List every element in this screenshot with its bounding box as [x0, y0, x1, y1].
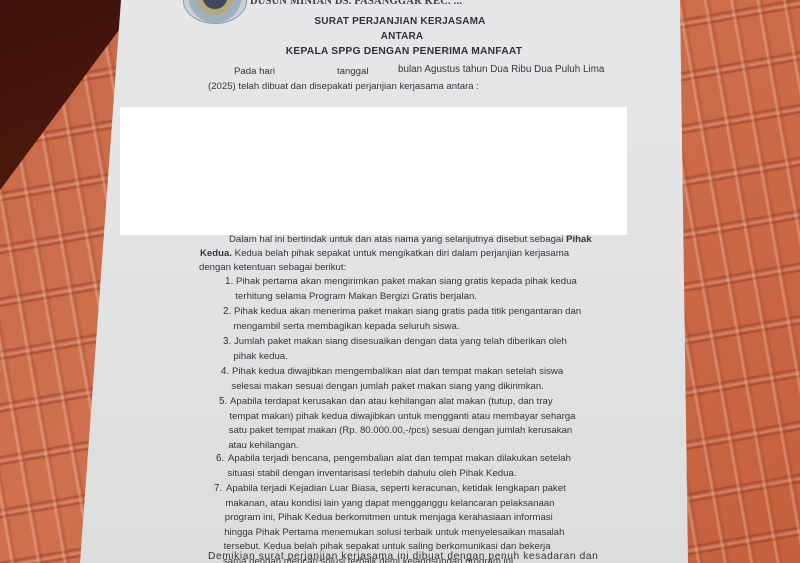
clause-line: Apabila terdapat kerusakan dan atau kehi… [230, 396, 553, 407]
clause-line: Jumlah paket makan siang disesuaikan den… [234, 336, 567, 347]
clause-line: hingga Pihak Pertama menemukan solusi te… [224, 527, 564, 538]
document-subtitle-parties: KEPALA SPPG DENGAN PENERIMA MANFAAT [4, 46, 800, 57]
clause-line: Apabila terjadi bencana, pengembalian al… [228, 453, 571, 464]
clause-number: 1. [225, 276, 233, 287]
opening-day: Pada hari [234, 66, 275, 77]
clause-number: 7. [214, 483, 222, 494]
clause-line: Pihak kedua akan menerima paket makan si… [234, 306, 581, 317]
closing-line: Demikian surat perjanjian kerjasama ini … [208, 551, 598, 562]
clause-line: Apabila terjadi Kejadian Luar Biasa, sep… [226, 483, 566, 494]
clause-line: situasi stabil dengan inventarisasi terl… [227, 468, 516, 479]
clause-line: tempat makan) pihak kedua diwajibkan unt… [229, 411, 575, 422]
clause-line: satu paket tempat makan (Rp. 80.000.00,-… [229, 425, 572, 436]
letterhead-text: DUSUN MINIAN DS. PASANGGAR KEC. ... [250, 0, 462, 7]
clause-number: 5. [219, 396, 227, 407]
clause-line: makanan, atau kondisi lain yang dapat me… [225, 498, 554, 509]
clause-line: selesai makan sesuai dengan jumlah paket… [231, 381, 544, 392]
clause-number: 4. [221, 366, 229, 377]
intro-line1-text: Dalam hal ini bertindak untuk dan atas n… [229, 234, 563, 245]
intro-kedua-bold: Kedua. [200, 248, 232, 259]
clause-line: Pihak kedua diwajibkan mengembalikan ala… [232, 366, 563, 377]
clause-number: 2. [223, 306, 231, 317]
document-title: SURAT PERJANJIAN KERJASAMA [0, 16, 800, 27]
clause-line: program ini, Pihak Kedua berkomitmen unt… [225, 512, 553, 523]
clause-number: 3. [223, 336, 231, 347]
redacted-parties-block [120, 107, 627, 235]
opening-month-year: bulan Agustus tahun Dua Ribu Dua Puluh L… [398, 64, 604, 75]
document-subtitle-antara: ANTARA [2, 31, 800, 42]
clause-line: pihak kedua. [233, 351, 287, 362]
opening-line2: (2025) telah dibuat dan disepakati perja… [208, 81, 479, 92]
intro-line1: Dalam hal ini bertindak untuk dan atas n… [229, 234, 592, 245]
clause-line: terhitung selama Program Makan Bergizi G… [235, 291, 477, 302]
clause-number: 6. [216, 453, 224, 464]
opening-date: tanggal [337, 66, 368, 77]
intro-pihak-bold: Pihak [566, 234, 592, 245]
intro-line3: dengan ketentuan sebagai berikut: [199, 262, 346, 273]
intro-line2-text: Kedua belah pihak sepakat untuk mengikat… [235, 248, 569, 259]
clause-line: atau kehilangan. [228, 440, 298, 451]
clause-line: mengambil serta membagikan kepada seluru… [233, 321, 459, 332]
clause-line: Pihak pertama akan mengirimkan paket mak… [236, 276, 577, 287]
intro-line2: Kedua. Kedua belah pihak sepakat untuk m… [200, 248, 630, 259]
